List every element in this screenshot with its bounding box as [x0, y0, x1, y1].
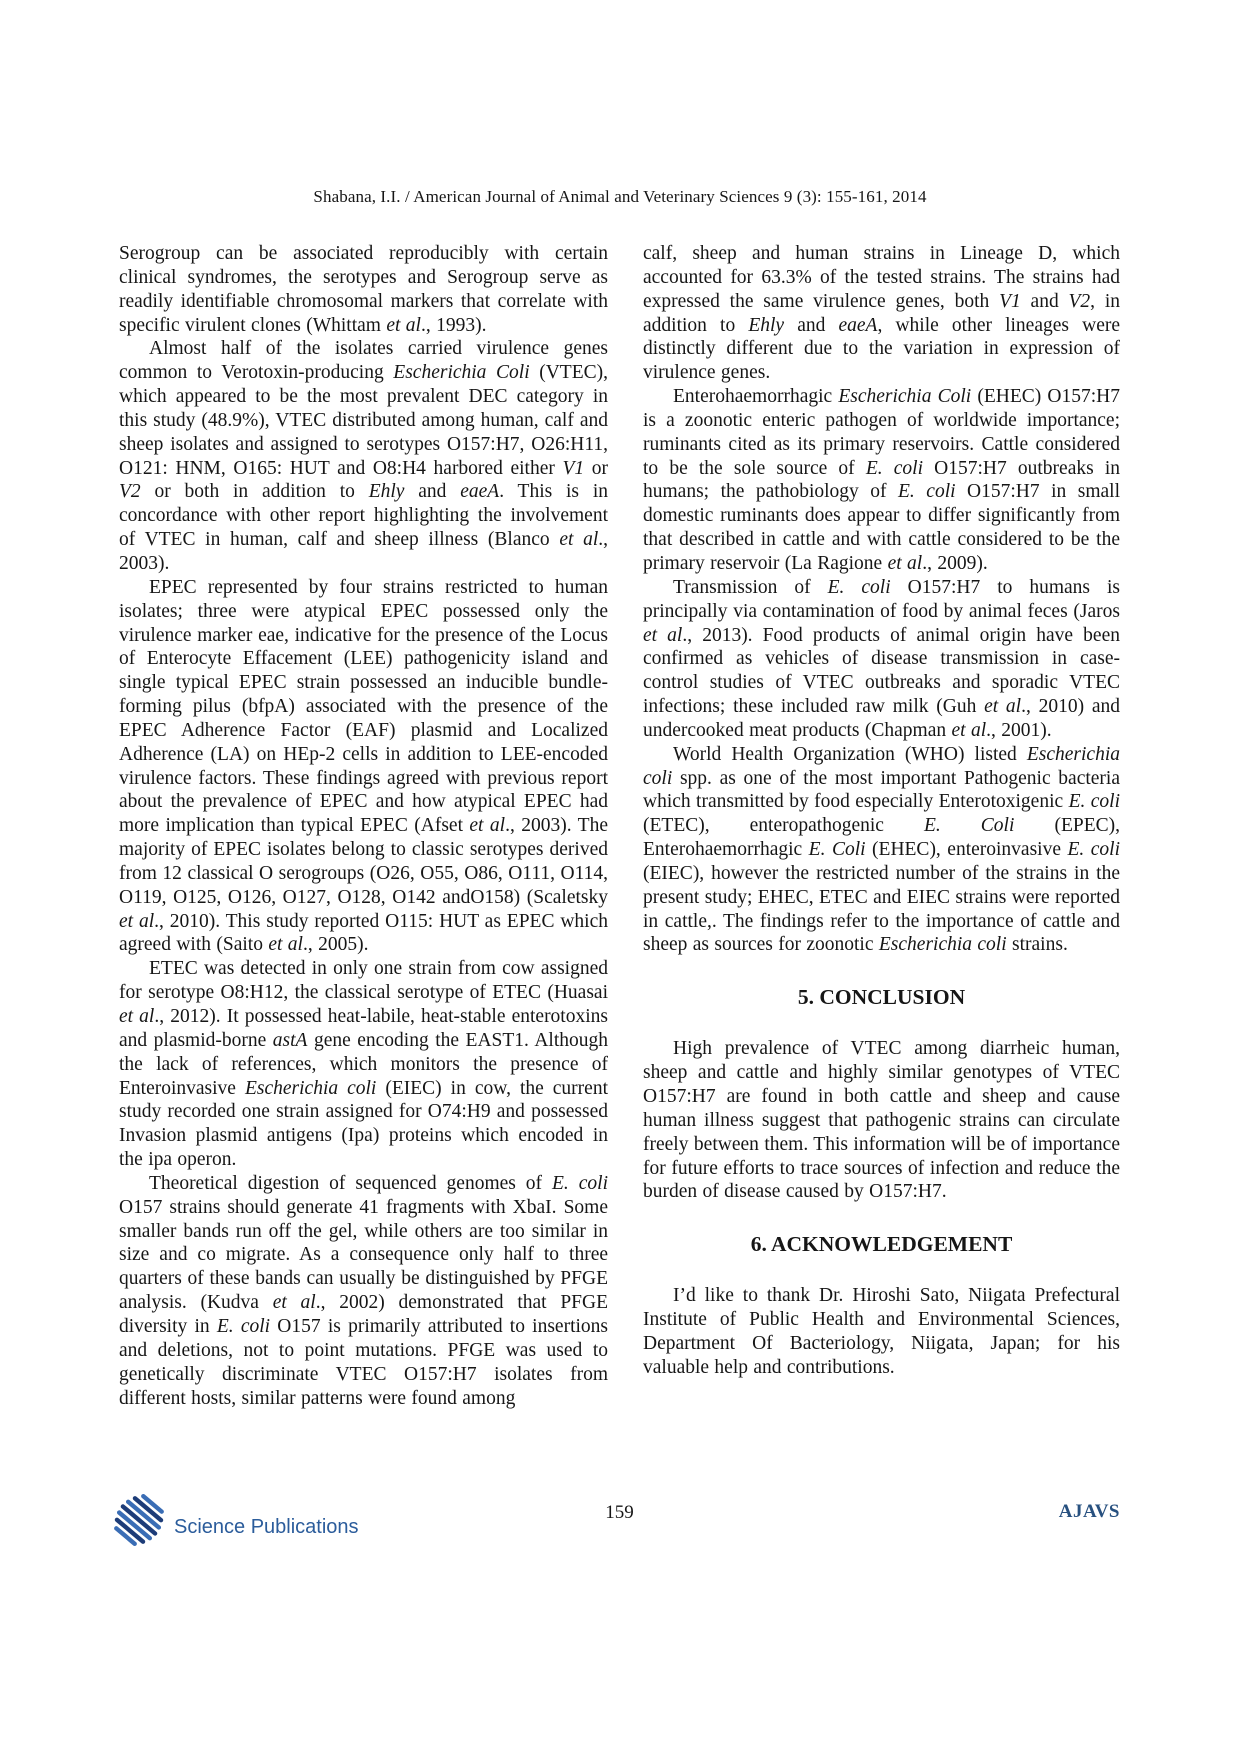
- paragraph: Theoretical digestion of sequenced genom…: [119, 1172, 608, 1410]
- paragraph: ETEC was detected in only one strain fro…: [119, 957, 608, 1172]
- paragraph: Almost half of the isolates carried viru…: [119, 337, 608, 575]
- right-column: calf, sheep and human strains in Lineage…: [643, 242, 1120, 1410]
- section-heading-acknowledgement: 6. ACKNOWLEDGEMENT: [643, 1231, 1120, 1257]
- left-column: Serogroup can be associated reproducibly…: [119, 242, 608, 1410]
- paragraph: EPEC represented by four strains restric…: [119, 576, 608, 958]
- two-column-body: Serogroup can be associated reproducibly…: [119, 242, 1120, 1410]
- page-number: 159: [605, 1502, 634, 1524]
- paragraph: World Health Organization (WHO) listed E…: [643, 743, 1120, 958]
- publisher-name: Science Publications: [174, 1516, 359, 1539]
- science-publications-logo-icon: [113, 1494, 167, 1561]
- journal-abbreviation: AJAVS: [1059, 1501, 1120, 1523]
- paragraph: Transmission of E. coli O157:H7 to human…: [643, 576, 1120, 743]
- paragraph: calf, sheep and human strains in Lineage…: [643, 242, 1120, 385]
- paragraph: Enterohaemorrhagic Escherichia Coli (EHE…: [643, 385, 1120, 576]
- publisher-mark: Science Publications: [113, 1494, 359, 1561]
- page-footer: Science Publications 159 AJAVS: [119, 1492, 1120, 1562]
- paragraph: High prevalence of VTEC among diarrheic …: [643, 1037, 1120, 1204]
- section-heading-conclusion: 5. CONCLUSION: [643, 984, 1120, 1010]
- paragraph: I’d like to thank Dr. Hiroshi Sato, Niig…: [643, 1284, 1120, 1379]
- paragraph: Serogroup can be associated reproducibly…: [119, 242, 608, 337]
- running-head: Shabana, I.I. / American Journal of Anim…: [0, 187, 1240, 207]
